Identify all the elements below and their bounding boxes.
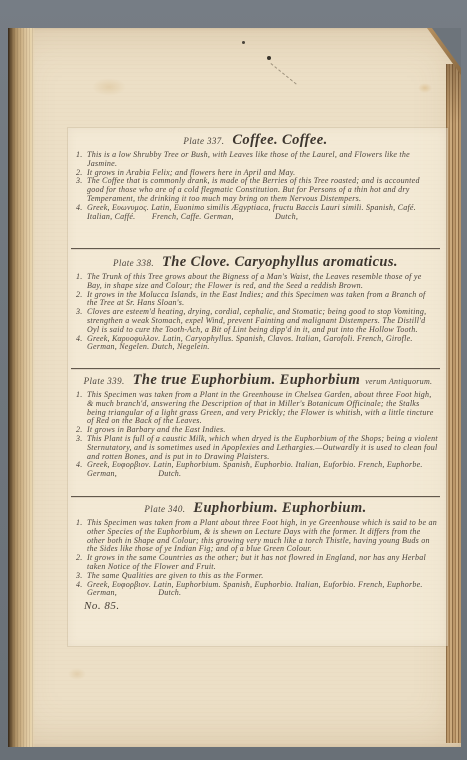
item-number: 3.	[76, 435, 83, 444]
item-text: Greek, Ευφορβιον. Latin, Euphorbium. Spa…	[87, 580, 425, 598]
numbered-paragraph: 2. It grows in the Molucca Islands, in t…	[74, 291, 438, 309]
item-number: 3.	[76, 308, 83, 317]
item-number: 4.	[76, 461, 83, 470]
plate-section-true-euphorbium: Plate 339. The true Euphorbium. Euphorbi…	[68, 372, 448, 479]
printed-plate-area: Plate 337. Coffee. Coffee. 1. This is a …	[68, 128, 448, 646]
section-header: Plate 338. The Clove. Caryophyllus aroma…	[68, 254, 448, 271]
numbered-paragraph: 4. Greek, Ευωνυμος. Latin, Euonimo simil…	[74, 204, 438, 222]
numbered-paragraph: 4. Greek, Καρυοφυλλον. Latin, Caryophyll…	[74, 335, 438, 353]
item-text: It grows in Arabia Felix; and flowers he…	[87, 168, 295, 177]
numbered-paragraph: 3. Cloves are esteem'd heating, drying, …	[74, 308, 438, 334]
paper-stain	[92, 78, 126, 96]
section-title-suffix: verum Antiquorum.	[365, 377, 432, 386]
section-title: Coffee. Coffee.	[232, 132, 327, 149]
item-number: 4.	[76, 335, 83, 344]
book-page: Plate 337. Coffee. Coffee. 1. This is a …	[8, 28, 461, 747]
section-items: 1. This is a low Shrubby Tree or Bush, w…	[74, 151, 438, 221]
plate-number-label: Plate 337.	[183, 136, 224, 146]
ink-speck	[267, 56, 271, 60]
section-divider	[71, 496, 440, 497]
item-number: 1.	[76, 151, 83, 160]
sheet-number: No. 85.	[84, 600, 120, 612]
section-header: Plate 339. The true Euphorbium. Euphorbi…	[68, 372, 448, 389]
item-text: This Plant is full of a caustic Milk, wh…	[87, 434, 440, 461]
plate-number-label: Plate 339.	[84, 376, 125, 386]
numbered-paragraph: 4. Greek, Ευφορβιον. Latin, Euphorbium. …	[74, 581, 438, 599]
item-number: 1.	[76, 519, 83, 528]
plate-section-coffee: Plate 337. Coffee. Coffee. 1. This is a …	[68, 132, 448, 221]
item-number: 1.	[76, 391, 83, 400]
page-stack-edge	[446, 64, 461, 743]
item-text: The same Qualities are given to this as …	[87, 571, 263, 580]
item-text: Greek, Καρυοφυλλον. Latin, Caryophyllus.…	[87, 334, 415, 352]
numbered-paragraph: 1. This is a low Shrubby Tree or Bush, w…	[74, 151, 438, 169]
book-binding-edge	[8, 28, 35, 747]
numbered-paragraph: 1. This Specimen was taken from a Plant …	[74, 519, 438, 554]
item-text: This is a low Shrubby Tree or Bush, with…	[87, 150, 412, 168]
section-title: Euphorbium. Euphorbium.	[193, 500, 366, 517]
section-items: 1. The Trunk of this Tree grows about th…	[74, 273, 438, 352]
item-text: Cloves are esteem'd heating, drying, cor…	[87, 307, 429, 334]
item-number: 1.	[76, 273, 83, 282]
plate-section-clove: Plate 338. The Clove. Caryophyllus aroma…	[68, 254, 448, 352]
plate-number-label: Plate 340.	[144, 504, 185, 514]
scratch-mark	[270, 63, 296, 85]
item-text: Greek, Ευωνυμος. Latin, Euonimo similis …	[87, 203, 418, 221]
numbered-paragraph: 3. The Coffee that is commonly drank, is…	[74, 177, 438, 203]
item-number: 2.	[76, 291, 83, 300]
section-divider	[71, 368, 440, 369]
section-header: Plate 337. Coffee. Coffee.	[68, 132, 448, 149]
item-text: It grows in the Molucca Islands, in the …	[87, 290, 428, 308]
item-text: The Trunk of this Tree grows about the B…	[87, 272, 424, 290]
item-text: It grows in the same Countries as the ot…	[87, 553, 428, 571]
paper-stain	[418, 83, 432, 93]
numbered-paragraph: 1. This Specimen was taken from a Plant …	[74, 391, 438, 426]
paper-stain	[68, 668, 86, 680]
plate-section-euphorbium: Plate 340. Euphorbium. Euphorbium. 1. Th…	[68, 500, 448, 598]
ink-speck	[242, 41, 245, 44]
section-items: 1. This Specimen was taken from a Plant …	[74, 519, 438, 598]
item-text: This Specimen was taken from a Plant in …	[87, 390, 436, 425]
section-items: 1. This Specimen was taken from a Plant …	[74, 391, 438, 479]
numbered-paragraph: 4. Greek, Ευφορβιον. Latin, Euphorbium. …	[74, 461, 438, 479]
section-title: The Clove. Caryophyllus aromaticus.	[162, 254, 398, 271]
item-number: 4.	[76, 204, 83, 213]
item-text: The Coffee that is commonly drank, is ma…	[87, 176, 422, 203]
item-text: Greek, Ευφορβιον. Latin, Euphorbium. Spa…	[87, 460, 425, 478]
item-number: 4.	[76, 581, 83, 590]
section-title: The true Euphorbium. Euphorbium	[133, 372, 361, 389]
item-text: It grows in Barbary and the East Indies.	[87, 425, 226, 434]
numbered-paragraph: 3. This Plant is full of a caustic Milk,…	[74, 435, 438, 461]
item-number: 3.	[76, 177, 83, 186]
numbered-paragraph: 2. It grows in the same Countries as the…	[74, 554, 438, 572]
section-divider	[71, 248, 440, 249]
item-text: This Specimen was taken from a Plant abo…	[87, 518, 439, 553]
section-header: Plate 340. Euphorbium. Euphorbium.	[68, 500, 448, 517]
numbered-paragraph: 1. The Trunk of this Tree grows about th…	[74, 273, 438, 291]
item-number: 2.	[76, 554, 83, 563]
scanner-backdrop: Plate 337. Coffee. Coffee. 1. This is a …	[0, 0, 467, 760]
plate-number-label: Plate 338.	[113, 258, 154, 268]
